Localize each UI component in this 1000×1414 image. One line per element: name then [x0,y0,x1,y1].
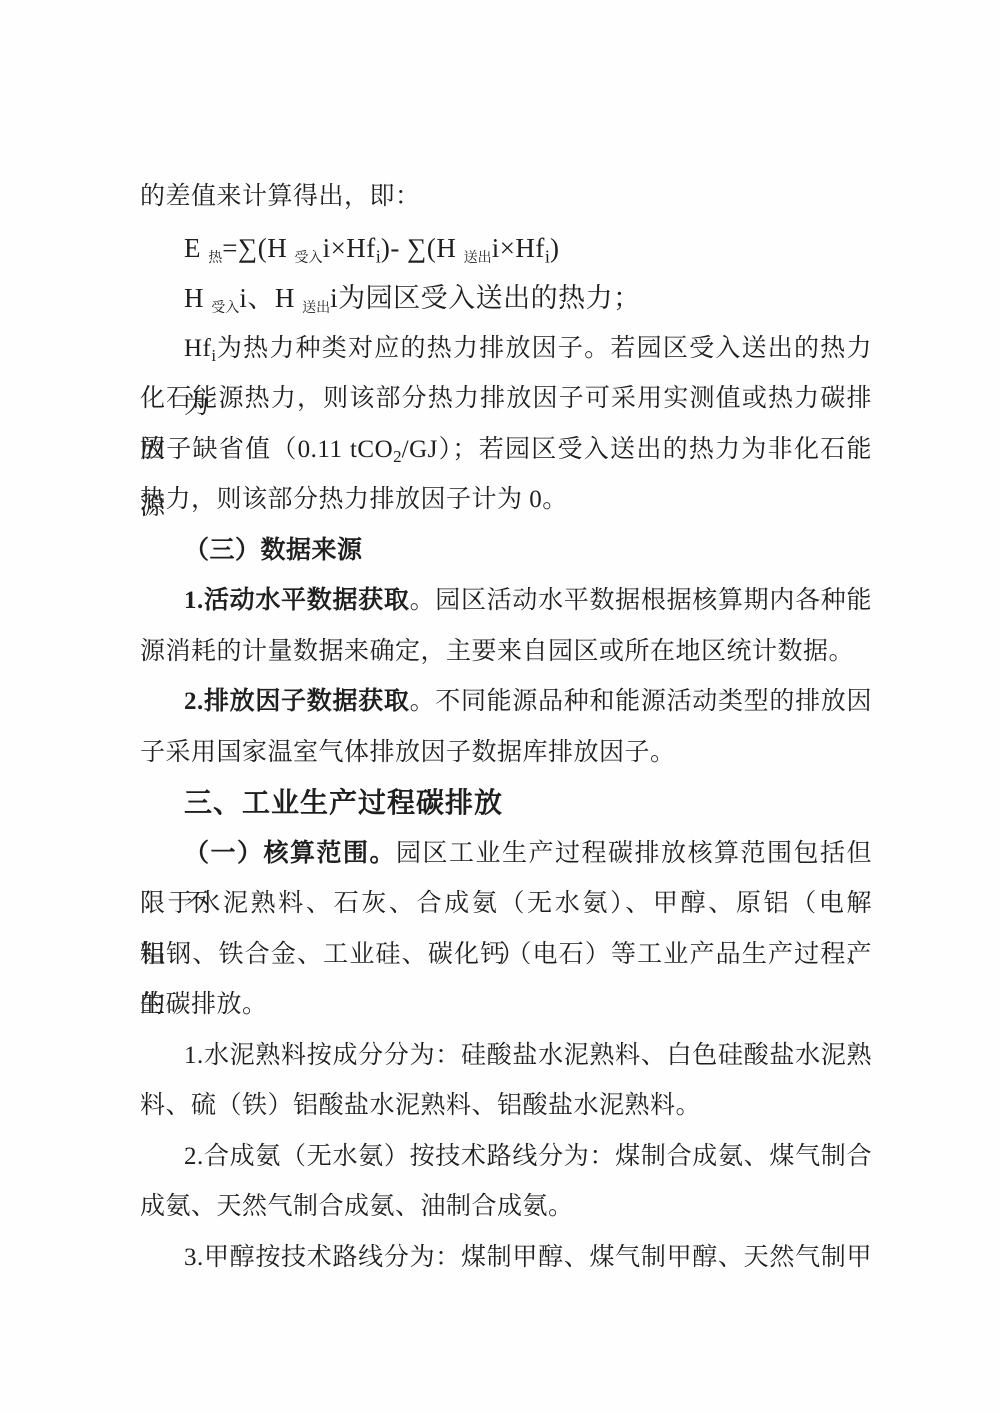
text-segment: 子采用国家温室气体排放因子数据库排放因子。 [140,739,676,766]
text-segment: 源消耗的计量数据来确定，主要来自园区或所在地区统计数据。 [140,638,854,665]
subscript: 送出 [464,249,492,265]
para-fossil-heat-3: 热力，则该部分热力排放因子计为 0。 [140,475,872,526]
para-fossil-heat-2: 因子缺省值（0.11 tCO2/GJ）；若园区受入送出的热力为非化石能源 [140,425,872,476]
text-segment: 2.合成氨（无水氨）按技术路线分为：煤制合成氨、煤气制合 [184,1143,872,1170]
document-text-block: 的差值来计算得出，即：E 热=∑(H 受入i×Hfi)- ∑(H 送出i×Hfi… [140,172,872,1283]
item-emission-factor-1: 2.排放因子数据获取。不同能源品种和能源活动类型的排放因 [140,677,872,728]
item-cement-1: 1.水泥熟料按成分分为：硅酸盐水泥熟料、白色硅酸盐水泥熟 [140,1031,872,1082]
subsection-scope-2: 限于水泥熟料、石灰、合成氨（无水氨）、甲醇、原铝（电解铝）、 [140,879,872,930]
formula-heat-emissions: E 热=∑(H 受入i×Hfi)- ∑(H 送出i×Hfi) [140,223,872,274]
section-industrial-process: 三、工业生产过程碳排放 [140,778,872,829]
document-page: 的差值来计算得出，即：E 热=∑(H 受入i×Hfi)- ∑(H 送出i×Hfi… [0,0,1000,1414]
subsection-scope-3: 粗钢、铁合金、工业硅、碳化钙（电石）等工业产品生产过程产生 [140,930,872,981]
item-cement-2: 料、硫（铁）铝酸盐水泥熟料、铝酸盐水泥熟料。 [140,1081,872,1132]
text-segment: 热力，则该部分热力排放因子计为 0。 [140,486,568,513]
para-fossil-heat-1: 化石能源热力，则该部分热力排放因子可采用实测值或热力碳排放 [140,374,872,425]
text-segment: i×Hf [492,233,545,263]
text-segment: )- ∑(H [381,233,464,263]
formula-term-h: H 受入i、H 送出i为园区受入送出的热力； [140,273,872,324]
text-segment: i×Hf [323,233,376,263]
subscript: 2 [393,447,402,466]
subsection-scope-4: 的碳排放。 [140,980,872,1031]
text-segment: 3.甲醇按技术路线分为：煤制甲醇、煤气制甲醇、天然气制甲 [184,1244,872,1271]
subscript: 受入 [295,249,323,265]
text-segment: 料、硫（铁）铝酸盐水泥熟料、铝酸盐水泥熟料。 [140,1092,701,1119]
text-segment: 三、工业生产过程碳排放 [184,787,503,818]
text-segment: Hf [184,335,211,362]
item-activity-data-2: 源消耗的计量数据来确定，主要来自园区或所在地区统计数据。 [140,627,872,678]
formula-term-hf: Hfi为热力种类对应的热力排放因子。若园区受入送出的热力为 [140,324,872,375]
text-segment: i、H [239,283,302,313]
item-emission-factor-2: 子采用国家温室气体排放因子数据库排放因子。 [140,728,872,779]
text-segment: 的碳排放。 [140,991,268,1018]
text-segment: 。不同能源品种和能源活动类型的排放因 [410,688,872,715]
text-segment: 2.排放因子数据获取 [184,688,410,715]
text-segment: =∑(H [222,233,294,263]
text-segment: 1.水泥熟料按成分分为：硅酸盐水泥熟料、白色硅酸盐水泥熟 [184,1042,872,1069]
text-segment: 因子缺省值（0.11 tCO [140,436,393,463]
text-segment: 成氨、天然气制合成氨、油制合成氨。 [140,1193,574,1220]
text-segment: （三）数据来源 [184,537,363,564]
item-activity-data-1: 1.活动水平数据获取。园区活动水平数据根据核算期内各种能 [140,576,872,627]
item-ammonia-1: 2.合成氨（无水氨）按技术路线分为：煤制合成氨、煤气制合 [140,1132,872,1183]
subsection-data-source: （三）数据来源 [140,526,872,577]
subsection-scope-1: （一）核算范围。园区工业生产过程碳排放核算范围包括但不 [140,829,872,880]
item-ammonia-2: 成氨、天然气制合成氨、油制合成氨。 [140,1182,872,1233]
para-diff-intro: 的差值来计算得出，即： [140,172,872,223]
text-segment: i为园区受入送出的热力； [330,283,641,313]
text-segment: E [184,233,208,263]
text-segment: （一）核算范围。 [184,840,396,867]
text-segment: H [184,283,211,313]
subscript: 受入 [211,300,239,316]
subscript: 热 [208,249,222,265]
item-methanol-1: 3.甲醇按技术路线分为：煤制甲醇、煤气制甲醇、天然气制甲 [140,1233,872,1284]
text-segment: 1.活动水平数据获取 [184,587,410,614]
text-segment: 的差值来计算得出，即： [140,183,421,210]
subscript: 送出 [302,300,330,316]
text-segment: 。园区活动水平数据根据核算期内各种能 [410,587,872,614]
text-segment: ) [550,233,560,263]
